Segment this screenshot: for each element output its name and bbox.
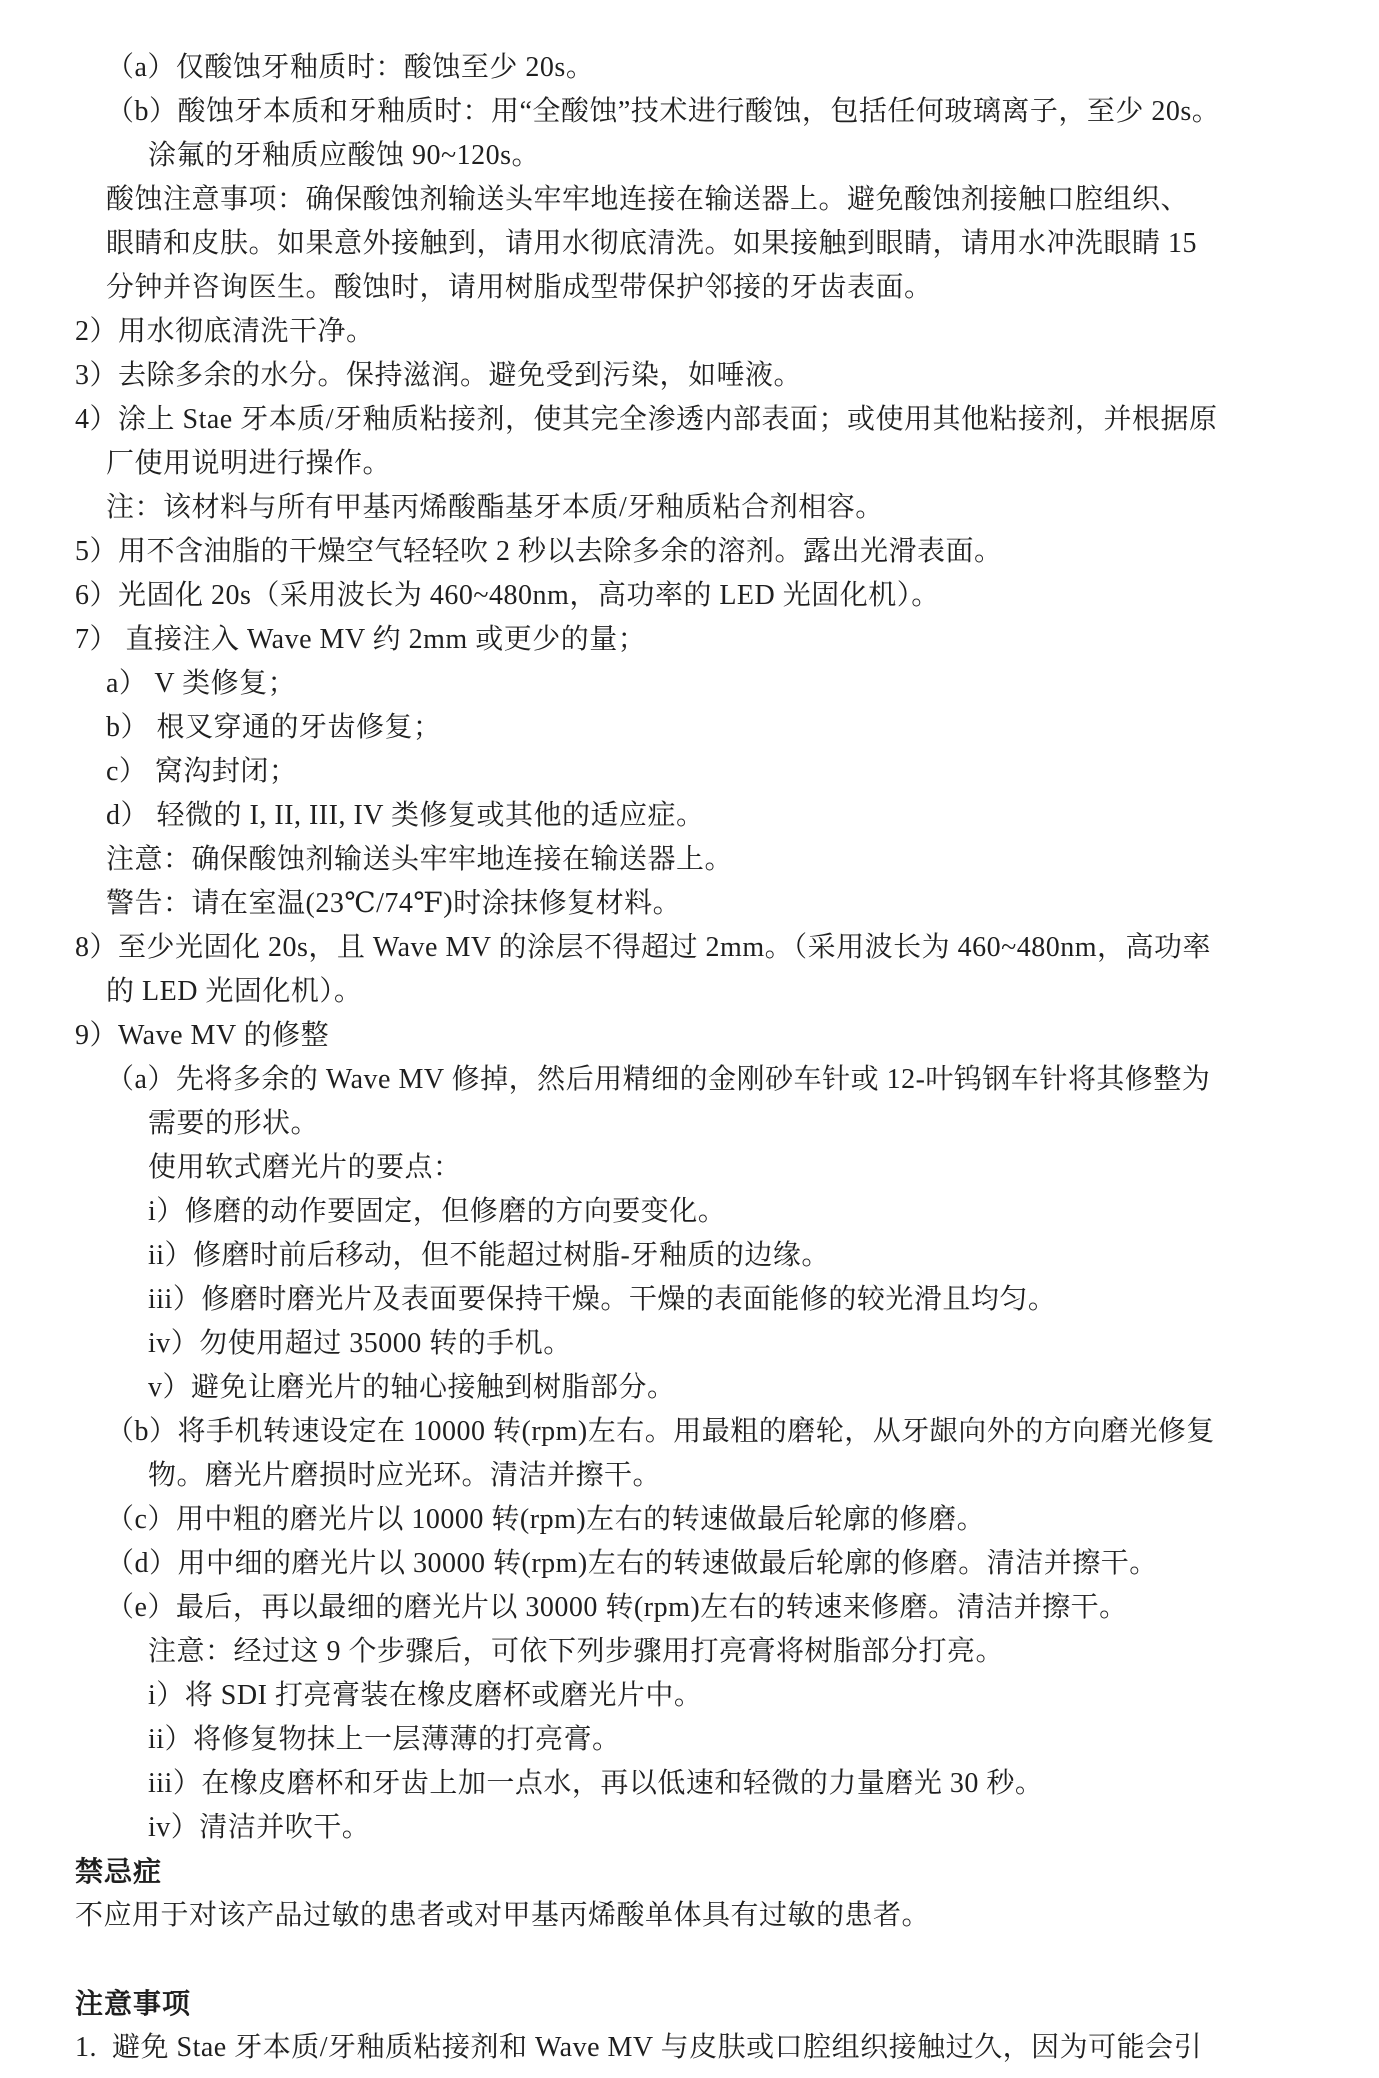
doc-line: i）将 SDI 打亮膏装在橡皮磨杯或磨光片中。 — [0, 1674, 1379, 1718]
doc-line: i）修磨的动作要固定，但修磨的方向要变化。 — [0, 1190, 1379, 1234]
doc-line: （a）仅酸蚀牙釉质时：酸蚀至少 20s。 — [0, 46, 1379, 90]
doc-line: a） V 类修复； — [0, 662, 1379, 706]
doc-line: 酸蚀注意事项：确保酸蚀剂输送头牢牢地连接在输送器上。避免酸蚀剂接触口腔组织、 — [0, 178, 1379, 222]
doc-line: 警告：请在室温(23℃/74℉)时涂抹修复材料。 — [0, 882, 1379, 926]
doc-line: 4）涂上 Stae 牙本质/牙釉质粘接剂，使其完全渗透内部表面；或使用其他粘接剂… — [0, 398, 1379, 442]
doc-line: 6）光固化 20s（采用波长为 460~480nm，高功率的 LED 光固化机）… — [0, 574, 1379, 618]
doc-line: 5）用不含油脂的干燥空气轻轻吹 2 秒以去除多余的溶剂。露出光滑表面。 — [0, 530, 1379, 574]
doc-line: （b）酸蚀牙本质和牙釉质时：用“全酸蚀”技术进行酸蚀，包括任何玻璃离子，至少 2… — [0, 90, 1379, 134]
doc-line: 物。磨光片磨损时应光环。清洁并擦干。 — [0, 1454, 1379, 1498]
doc-line: 需要的形状。 — [0, 1102, 1379, 1146]
doc-line: 使用软式磨光片的要点： — [0, 1146, 1379, 1190]
doc-line: （a）先将多余的 Wave MV 修掉，然后用精细的金刚砂车针或 12-叶钨钢车… — [0, 1058, 1379, 1102]
doc-line: ii）修磨时前后移动，但不能超过树脂-牙釉质的边缘。 — [0, 1234, 1379, 1278]
doc-line: 不应用于对该产品过敏的患者或对甲基丙烯酸单体具有过敏的患者。 — [0, 1894, 1379, 1938]
doc-line: 2）用水彻底清洗干净。 — [0, 310, 1379, 354]
contraindications-heading: 禁忌症 — [0, 1850, 1379, 1894]
doc-line: （b）将手机转速设定在 10000 转(rpm)左右。用最粗的磨轮，从牙龈向外的… — [0, 1410, 1379, 1454]
doc-line: 注意：确保酸蚀剂输送头牢牢地连接在输送器上。 — [0, 838, 1379, 882]
doc-line: （e）最后，再以最细的磨光片以 30000 转(rpm)左右的转速来修磨。清洁并… — [0, 1586, 1379, 1630]
doc-line: 3）去除多余的水分。保持滋润。避免受到污染，如唾液。 — [0, 354, 1379, 398]
doc-line: 8）至少光固化 20s，且 Wave MV 的涂层不得超过 2mm。（采用波长为… — [0, 926, 1379, 970]
doc-line: 分钟并咨询医生。酸蚀时，请用树脂成型带保护邻接的牙齿表面。 — [0, 266, 1379, 310]
doc-line: 涂氟的牙釉质应酸蚀 90~120s。 — [0, 134, 1379, 178]
doc-line: iv）清洁并吹干。 — [0, 1806, 1379, 1850]
doc-line: d） 轻微的 I, II, III, IV 类修复或其他的适应症。 — [0, 794, 1379, 838]
doc-line: （d）用中细的磨光片以 30000 转(rpm)左右的转速做最后轮廓的修磨。清洁… — [0, 1542, 1379, 1586]
doc-line: iii）修磨时磨光片及表面要保持干燥。干燥的表面能修的较光滑且均匀。 — [0, 1278, 1379, 1322]
doc-line: 7） 直接注入 Wave MV 约 2mm 或更少的量； — [0, 618, 1379, 662]
doc-line: 的 LED 光固化机）。 — [0, 970, 1379, 1014]
doc-line: 9）Wave MV 的修整 — [0, 1014, 1379, 1058]
doc-line: c） 窝沟封闭； — [0, 750, 1379, 794]
doc-line: v）避免让磨光片的轴心接触到树脂部分。 — [0, 1366, 1379, 1410]
doc-line: b） 根叉穿通的牙齿修复； — [0, 706, 1379, 750]
doc-line: （c）用中粗的磨光片以 10000 转(rpm)左右的转速做最后轮廓的修磨。 — [0, 1498, 1379, 1542]
doc-line: iv）勿使用超过 35000 转的手机。 — [0, 1322, 1379, 1366]
doc-line: 1. 避免 Stae 牙本质/牙釉质粘接剂和 Wave MV 与皮肤或口腔组织接… — [0, 2026, 1379, 2070]
doc-line: 眼睛和皮肤。如果意外接触到，请用水彻底清洗。如果接触到眼睛，请用水冲洗眼睛 15 — [0, 222, 1379, 266]
doc-line: ii）将修复物抹上一层薄薄的打亮膏。 — [0, 1718, 1379, 1762]
doc-line: 注意：经过这 9 个步骤后，可依下列步骤用打亮膏将树脂部分打亮。 — [0, 1630, 1379, 1674]
doc-line: 注：该材料与所有甲基丙烯酸酯基牙本质/牙釉质粘合剂相容。 — [0, 486, 1379, 530]
document-page: （a）仅酸蚀牙釉质时：酸蚀至少 20s。 （b）酸蚀牙本质和牙釉质时：用“全酸蚀… — [0, 0, 1379, 2070]
doc-line: 厂使用说明进行操作。 — [0, 442, 1379, 486]
blank-line — [0, 1938, 1379, 1982]
doc-line: iii）在橡皮磨杯和牙齿上加一点水，再以低速和轻微的力量磨光 30 秒。 — [0, 1762, 1379, 1806]
precautions-heading: 注意事项 — [0, 1982, 1379, 2026]
